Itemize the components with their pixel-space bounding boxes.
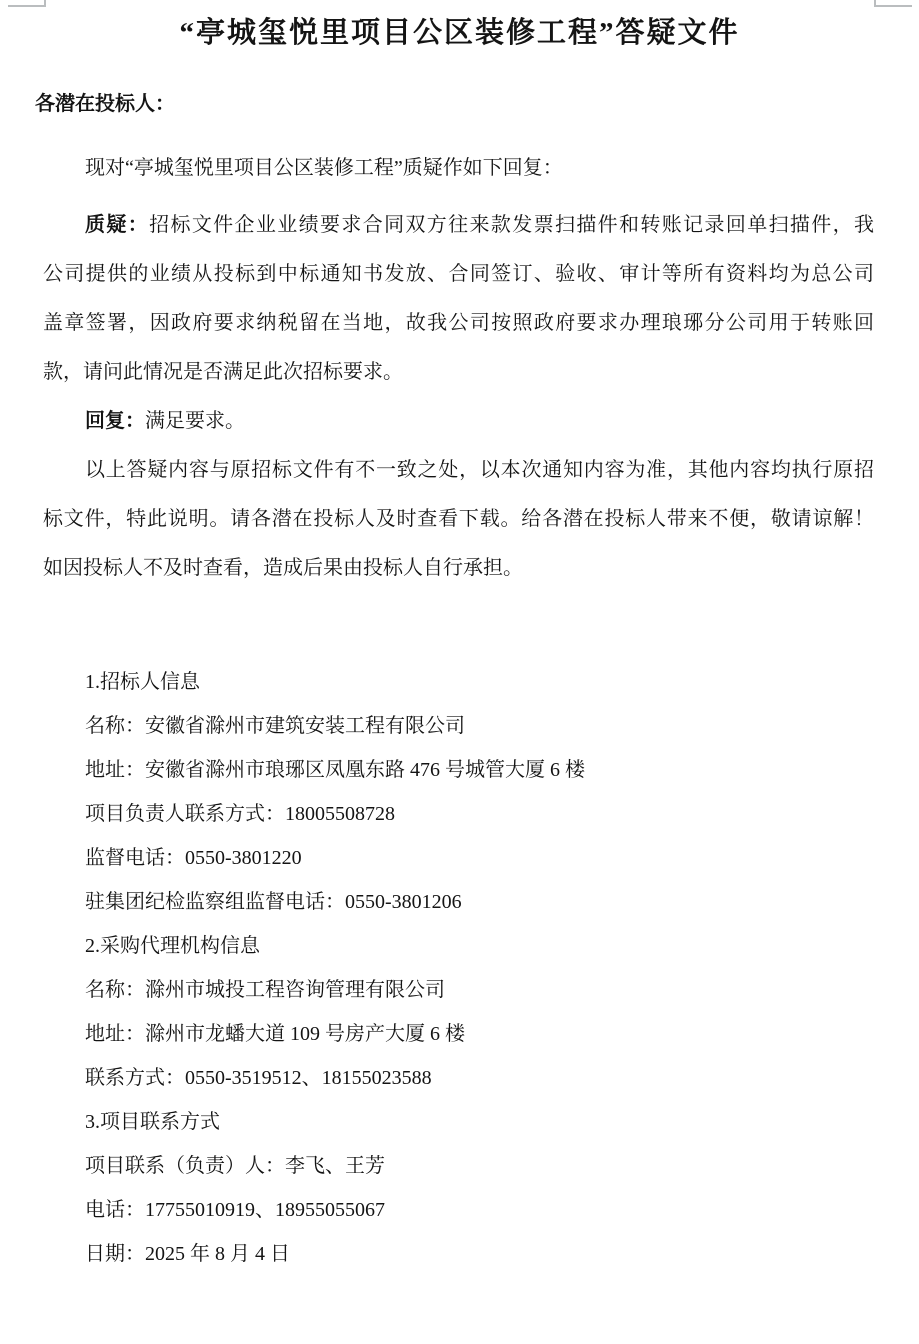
document-body: 现对“亭城玺悦里项目公区装修工程”质疑作如下回复： 质疑：招标文件企业业绩要求合…	[43, 144, 874, 1276]
question-line-4: 款，请问此情况是否满足此次招标要求。	[43, 348, 874, 397]
reply-line: 回复：满足要求。	[43, 397, 874, 446]
info-line-agency-name: 名称：滁州市城投工程咨询管理有限公司	[85, 968, 874, 1012]
reply-text: 满足要求。	[145, 410, 245, 432]
info-section-heading-1: 1.招标人信息	[85, 660, 874, 704]
info-line-supervision-phone: 监督电话：0550-3801220	[85, 836, 874, 880]
info-line-agency-address: 地址：滁州市龙蟠大道 109 号房产大厦 6 楼	[85, 1012, 874, 1056]
info-line-discipline-phone: 驻集团纪检监察组监督电话：0550-3801206	[85, 880, 874, 924]
question-line-3: 盖章签署，因政府要求纳税留在当地，故我公司按照政府要求办理琅琊分公司用于转账回	[43, 299, 874, 348]
info-line-tenderer-address: 地址：安徽省滁州市琅琊区凤凰东路 476 号城管大厦 6 楼	[85, 748, 874, 792]
document-page: “亭城玺悦里项目公区装修工程”答疑文件 各潜在投标人： 现对“亭城玺悦里项目公区…	[0, 0, 919, 1344]
info-line-tenderer-name: 名称：安徽省滁州市建筑安装工程有限公司	[85, 704, 874, 748]
salutation: 各潜在投标人：	[35, 90, 919, 118]
question-paragraph: 质疑：招标文件企业业绩要求合同双方往来款发票扫描件和转账记录回单扫描件，我 公司…	[43, 201, 874, 397]
info-list: 1.招标人信息 名称：安徽省滁州市建筑安装工程有限公司 地址：安徽省滁州市琅琊区…	[85, 660, 874, 1276]
info-line-manager-contact: 项目负责人联系方式：18005508728	[85, 792, 874, 836]
question-line-2: 公司提供的业绩从投标到中标通知书发放、合同签订、验收、审计等所有资料均为总公司	[43, 250, 874, 299]
info-section-heading-2: 2.采购代理机构信息	[85, 924, 874, 968]
notice-line-3: 如因投标人不及时查看，造成后果由投标人自行承担。	[43, 544, 874, 593]
info-line-project-phones: 电话：17755010919、18955055067	[85, 1188, 874, 1232]
notice-line-1: 以上答疑内容与原招标文件有不一致之处，以本次通知内容为准，其他内容均执行原招	[43, 446, 874, 495]
info-line-agency-contact: 联系方式：0550-3519512、18155023588	[85, 1056, 874, 1100]
intro-line: 现对“亭城玺悦里项目公区装修工程”质疑作如下回复：	[43, 144, 874, 193]
question-text-1: 招标文件企业业绩要求合同双方往来款发票扫描件和转账记录回单扫描件，我	[149, 214, 874, 236]
header-corner-mark-left	[8, 0, 46, 7]
notice-line-2: 标文件，特此说明。请各潜在投标人及时查看下载。给各潜在投标人带来不便，敬请谅解！	[43, 495, 874, 544]
info-section-heading-3: 3.项目联系方式	[85, 1100, 874, 1144]
reply-label: 回复：	[85, 410, 145, 432]
info-line-project-contacts: 项目联系（负责）人：李飞、王芳	[85, 1144, 874, 1188]
question-line-1: 质疑：招标文件企业业绩要求合同双方往来款发票扫描件和转账记录回单扫描件，我	[43, 201, 874, 250]
header-corner-mark-right	[874, 0, 912, 7]
info-line-date: 日期：2025 年 8 月 4 日	[85, 1232, 874, 1276]
document-title: “亭城玺悦里项目公区装修工程”答疑文件	[20, 12, 899, 54]
question-label: 质疑：	[85, 214, 149, 236]
notice-paragraph: 以上答疑内容与原招标文件有不一致之处，以本次通知内容为准，其他内容均执行原招 标…	[43, 446, 874, 593]
